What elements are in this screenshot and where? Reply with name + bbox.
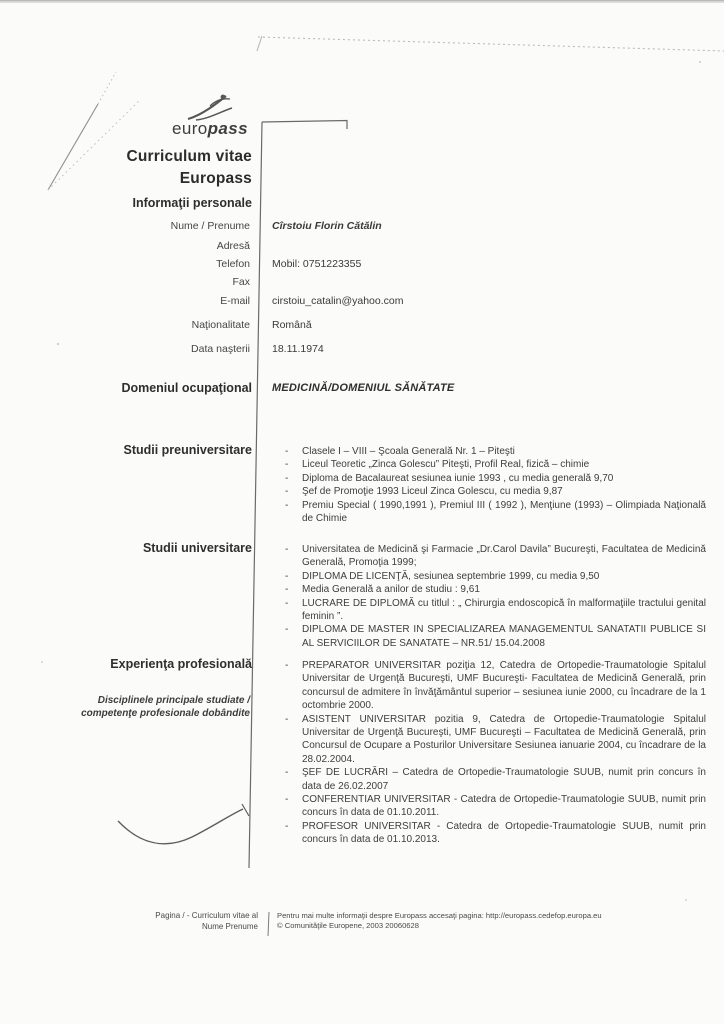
footer-divider-line <box>268 912 269 936</box>
footer-copyright-line: © Comunităţile Europene, 2003 20060628 <box>277 921 709 931</box>
field-row-address: Adresă <box>0 240 724 254</box>
section-label-occupational-field: Domeniul ocupaţional <box>0 381 252 395</box>
list-item: ŞEF DE LUCRĂRI – Catedra de Ortopedie-Tr… <box>272 766 706 793</box>
field-row-email: E-mail cirstoiu_catalin@yahoo.com <box>0 295 724 309</box>
field-row-fax: Fax <box>0 276 724 290</box>
field-row-name: Nume / Prenume Cîrstoiu Florin Cătălin <box>0 220 724 234</box>
footer-page-info: Pagina / - Curriculum vitae al Nume Pren… <box>0 911 258 932</box>
europass-logo-text: europass <box>150 119 270 139</box>
field-row-birthdate: Data naşterii 18.11.1974 <box>0 343 724 357</box>
field-row-phone: Telefon Mobil: 0751223355 <box>0 258 724 272</box>
footer-page-line: Pagina / - Curriculum vitae al <box>0 911 258 922</box>
list-item: Media Generală a anilor de studiu : 9,61 <box>272 583 706 596</box>
list-item: Liceul Teoretic „Zinca Golescu” Piteşti,… <box>272 458 706 471</box>
logo-word-euro: euro <box>172 119 208 138</box>
list-item: Diploma de Bacalaureat sesiunea iunie 19… <box>272 472 706 485</box>
section-label-professional-experience: Experienţa profesională <box>0 657 252 671</box>
field-label-name: Nume / Prenume <box>0 220 250 232</box>
field-label-phone: Telefon <box>0 258 250 270</box>
title-line-1: Curriculum vitae <box>0 146 252 168</box>
field-value-email: cirstoiu_catalin@yahoo.com <box>272 295 403 307</box>
page-title: Curriculum vitae Europass <box>0 146 252 190</box>
university-studies-list: Universitatea de Medicină şi Farmacie „D… <box>272 543 706 650</box>
handwritten-squiggle <box>118 809 243 844</box>
field-label-birthdate: Data naşterii <box>0 343 250 355</box>
professional-experience-list: PREPARATOR UNIVERSITAR poziţia 12, Cated… <box>272 659 706 847</box>
field-value-birthdate: 18.11.1974 <box>272 343 324 355</box>
field-row-nationality: Naţionalitate Română <box>0 319 724 333</box>
field-value-phone: Mobil: 0751223355 <box>272 258 361 270</box>
europass-figure-icon <box>182 92 238 122</box>
footer-info-line: Pentru mai multe informaţii despre Europ… <box>277 911 709 921</box>
section-label-personal-info: Informaţii personale <box>0 196 252 210</box>
logo-word-pass: pass <box>208 119 248 138</box>
scan-fold-dotted-line <box>258 37 724 51</box>
preuniversity-studies-list: Clasele I – VIII – Şcoala Generală Nr. 1… <box>272 445 706 525</box>
field-label-fax: Fax <box>0 276 250 288</box>
occupational-field-value: MEDICINĂ/DOMENIUL SĂNĂTATE <box>272 382 454 394</box>
field-label-address: Adresă <box>0 240 250 252</box>
list-item: DIPLOMA DE LICENŢĂ, sesiunea septembrie … <box>272 570 706 583</box>
list-item: LUCRARE DE DIPLOMĂ cu titlul : „ Chirurg… <box>272 597 706 624</box>
footer-europass-info: Pentru mai multe informaţii despre Europ… <box>277 911 709 931</box>
divider-top-bracket <box>262 121 347 130</box>
list-item: CONFERENTIAR UNIVERSITAR - Catedra de Or… <box>272 793 706 820</box>
section-label-preuniversity-studies: Studii preuniversitare <box>0 443 252 457</box>
footer-name-line: Nume Prenume <box>0 922 258 933</box>
list-item: DIPLOMA DE MASTER IN SPECIALIZAREA MANAG… <box>272 623 706 650</box>
list-item: Universitatea de Medicină şi Farmacie „D… <box>272 543 706 570</box>
list-item: ASISTENT UNIVERSITAR pozitia 9, Catedra … <box>272 713 706 767</box>
field-label-nationality: Naţionalitate <box>0 319 250 331</box>
list-item: PROFESOR UNIVERSITAR - Catedra de Ortope… <box>272 820 706 847</box>
list-item: Şef de Promoţie 1993 Liceul Zinca Golesc… <box>272 485 706 498</box>
list-item: Premiu Special ( 1990,1991 ), Premiul II… <box>272 499 706 526</box>
scan-corner-scratch-dotted <box>98 72 116 104</box>
scan-top-edge <box>0 0 724 3</box>
field-label-email: E-mail <box>0 295 250 307</box>
title-line-2: Europass <box>0 168 252 190</box>
scanned-cv-page: europass Curriculum vitae Europass Infor… <box>0 0 724 1024</box>
section-sublabel-disciplines: Disciplinele principale studiate / compe… <box>58 694 250 720</box>
field-value-name: Cîrstoiu Florin Cătălin <box>272 220 382 232</box>
field-value-nationality: Română <box>272 319 312 331</box>
list-item: PREPARATOR UNIVERSITAR poziţia 12, Cated… <box>272 659 706 713</box>
europass-logo: europass <box>150 92 270 139</box>
section-label-university-studies: Studii universitare <box>0 541 252 555</box>
list-item: Clasele I – VIII – Şcoala Generală Nr. 1… <box>272 445 706 458</box>
